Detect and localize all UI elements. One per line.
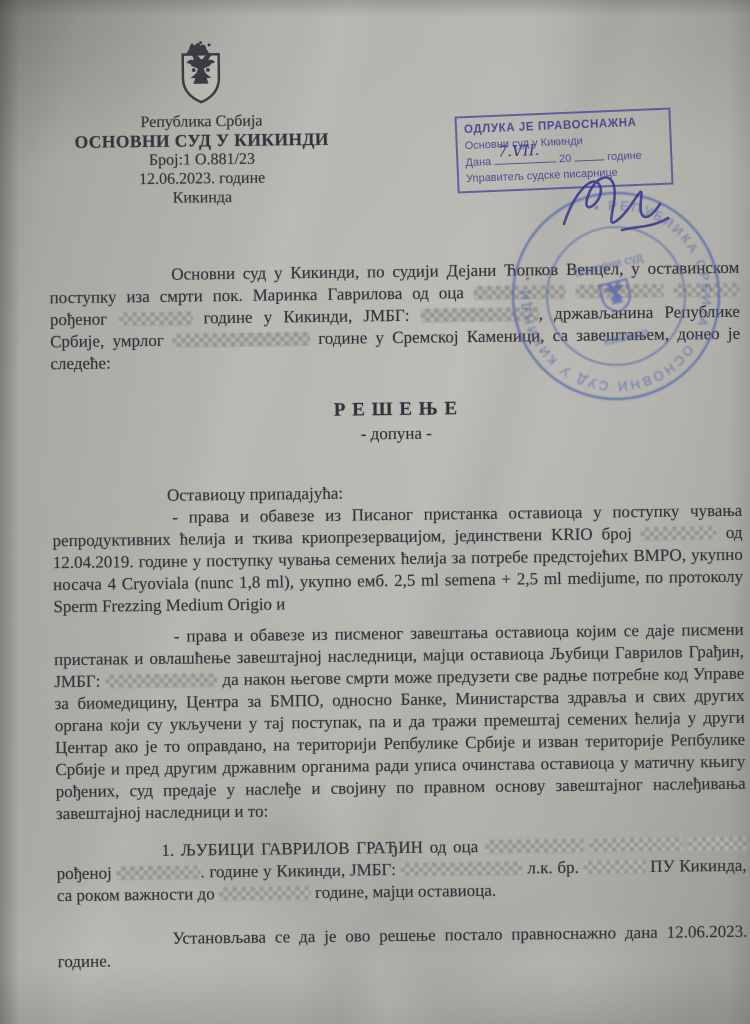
seal-inner-line-1: Основни суд [572,250,644,281]
handwritten-date: 7.VII. [497,143,539,160]
text-segment: - права и обавезе из Писаног пристанка о… [52,501,742,550]
redacted-text [172,332,310,348]
redacted-text [105,673,217,688]
bullet-crypreservation-rights: - права и обавезе из Писаног пристанка о… [52,500,743,618]
stamp-date-label: Дана [465,156,491,169]
court-city: Кикинда [66,187,338,209]
court-name: ОСНОВНИ СУД У КИКИНДИ [66,130,338,152]
seal-inner-line-2: Кикинда [602,324,650,349]
redacted-text [641,526,717,541]
text-segment: . године у Кикинди, ЈМБГ: [200,860,400,881]
handwritten-signature [552,160,682,245]
redacted-text [688,837,746,852]
serbian-coat-of-arms-icon [169,38,232,109]
text-segment: 1. ЉУБИЦИ ГАВРИЛОВ ГРАЂИН од оца [161,837,485,860]
redacted-text [116,865,200,880]
redacted-text [583,860,645,875]
text-segment: Установљава се да је ово решење постало … [58,922,748,971]
text-segment: године у Кикинди, ЈМБГ: [192,306,421,328]
court-letterhead: Република Србија ОСНОВНИ СУД У КИКИНДИ Б… [64,37,338,209]
redacted-text [401,861,523,876]
redacted-text [485,839,583,854]
text-segment: рођеној [57,863,117,883]
redacted-text [118,311,192,326]
text-segment: л.к. бр. [523,858,584,878]
redacted-text [590,838,682,853]
bullet-testament-rights: - права и обавезе из писменог завештања … [54,619,746,825]
heir-item-1: 1. ЉУБИЦИ ГАВРИЛОВ ГРАЂИН од оца рођеној… [56,833,747,907]
text-segment: рођеног [50,309,119,329]
finality-statement: Установљава се да је ово решење постало … [57,921,747,973]
decision-subtitle: - допуна - [51,420,741,448]
stamp-date-blank: 7.VII. [494,150,556,165]
text-segment: године, мајци оставиоца. [311,881,496,902]
redacted-text [219,886,311,901]
